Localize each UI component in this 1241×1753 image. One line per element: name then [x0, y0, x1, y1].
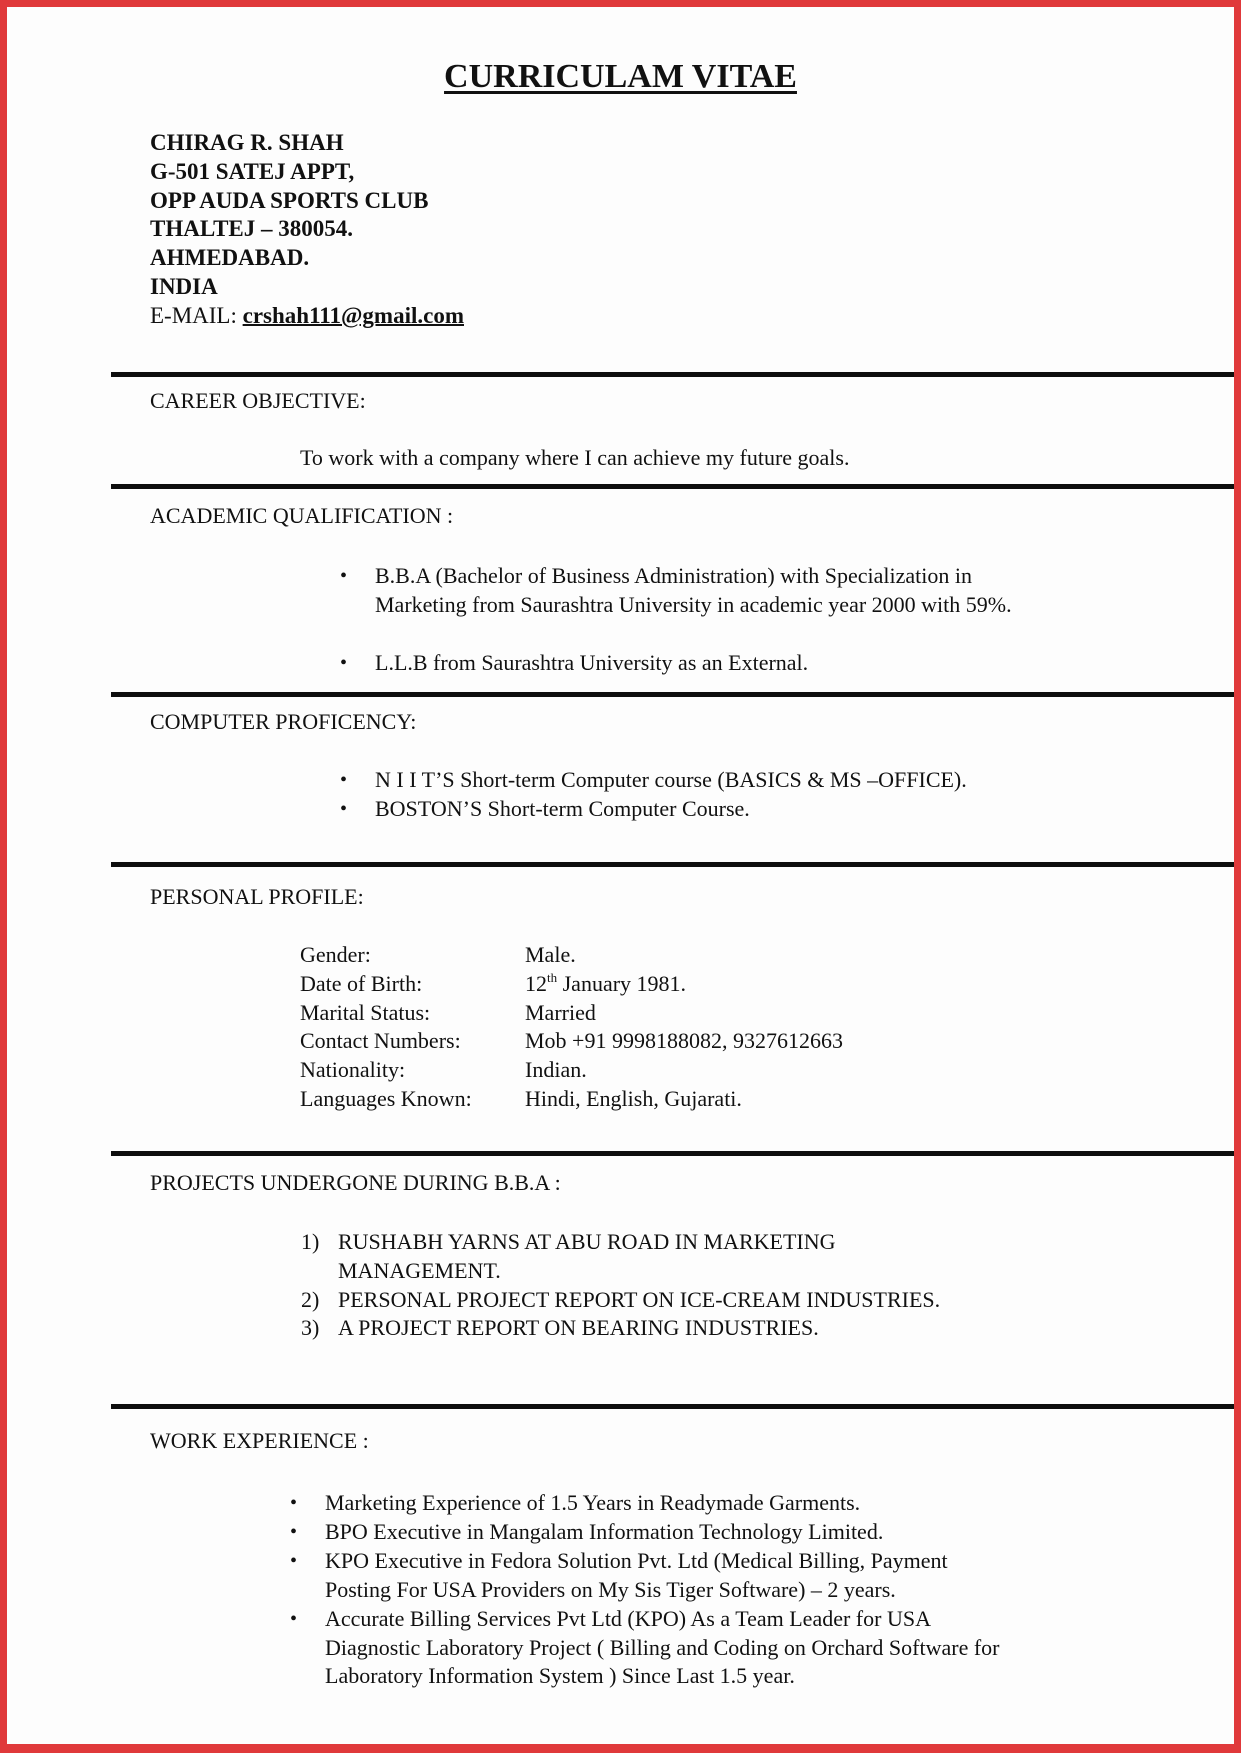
academic-heading: ACADEMIC QUALIFICATION :: [150, 503, 453, 529]
academic-list: •B.B.A (Bachelor of Business Administrat…: [375, 562, 1012, 678]
computer-list: •N I I T’S Short-term Computer course (B…: [375, 766, 967, 823]
bullet-icon: •: [290, 1518, 297, 1547]
profile-row-contact: Contact Numbers:Mob +91 9998188082, 9327…: [300, 1027, 843, 1056]
contact-block: CHIRAG R. SHAH G-501 SATEJ APPT, OPP AUD…: [150, 129, 464, 331]
list-item: •BOSTON’S Short-term Computer Course.: [375, 795, 967, 824]
section-divider: [111, 372, 1234, 377]
email-link[interactable]: crshah111@gmail.com: [243, 303, 464, 328]
address-line: THALTEJ – 380054.: [150, 215, 464, 244]
projects-list: 1)RUSHABH YARNS AT ABU ROAD IN MARKETING…: [338, 1228, 940, 1343]
list-item: •KPO Executive in Fedora Solution Pvt. L…: [325, 1547, 1000, 1576]
bullet-icon: •: [290, 1547, 297, 1576]
bullet-icon: •: [290, 1489, 297, 1518]
document-title: CURRICULAM VITAE: [0, 58, 1241, 96]
list-item: •N I I T’S Short-term Computer course (B…: [375, 766, 967, 795]
section-divider: [111, 484, 1234, 489]
profile-row-languages: Languages Known:Hindi, English, Gujarati…: [300, 1085, 843, 1114]
profile-row-dob: Date of Birth:12th January 1981.: [300, 970, 843, 999]
list-item: •Marketing Experience of 1.5 Years in Re…: [325, 1489, 1000, 1518]
address-line: OPP AUDA SPORTS CLUB: [150, 187, 464, 216]
career-objective-heading: CAREER OBJECTIVE:: [150, 388, 366, 414]
projects-heading: PROJECTS UNDERGONE DURING B.B.A :: [150, 1170, 561, 1196]
list-item-cont: Diagnostic Laboratory Project ( Billing …: [325, 1634, 1000, 1663]
bullet-icon: •: [340, 795, 347, 824]
personal-profile-table: Gender:Male. Date of Birth:12th January …: [300, 941, 843, 1114]
list-item: •BPO Executive in Mangalam Information T…: [325, 1518, 1000, 1547]
list-item: 3)A PROJECT REPORT ON BEARING INDUSTRIES…: [338, 1314, 940, 1343]
list-item: •L.L.B from Saurashtra University as an …: [375, 649, 1012, 678]
address-line: G-501 SATEJ APPT,: [150, 158, 464, 187]
list-item-cont: Laboratory Information System ) Since La…: [325, 1662, 1000, 1691]
section-divider: [111, 1151, 1234, 1156]
list-item: 2)PERSONAL PROJECT REPORT ON ICE-CREAM I…: [338, 1286, 940, 1315]
section-divider: [111, 1404, 1234, 1409]
profile-row-marital: Marital Status:Married: [300, 999, 843, 1028]
bullet-icon: •: [340, 766, 347, 795]
list-item: •B.B.A (Bachelor of Business Administrat…: [375, 562, 1012, 591]
bullet-icon: •: [290, 1605, 297, 1634]
email-row: E-MAIL: crshah111@gmail.com: [150, 302, 464, 331]
list-item: •Accurate Billing Services Pvt Ltd (KPO)…: [325, 1605, 1000, 1634]
bullet-icon: •: [340, 562, 347, 591]
list-item-cont: Marketing from Saurashtra University in …: [375, 591, 1012, 620]
personal-heading: PERSONAL PROFILE:: [150, 884, 364, 910]
email-label: E-MAIL:: [150, 303, 243, 328]
work-list: •Marketing Experience of 1.5 Years in Re…: [325, 1489, 1000, 1691]
career-objective-text: To work with a company where I can achie…: [300, 445, 849, 471]
computer-heading: COMPUTER PROFICENCY:: [150, 709, 416, 735]
address-line: INDIA: [150, 273, 464, 302]
list-item-cont: Posting For USA Providers on My Sis Tige…: [325, 1576, 1000, 1605]
profile-row-nationality: Nationality:Indian.: [300, 1056, 843, 1085]
bullet-icon: •: [340, 649, 347, 678]
list-item-cont: MANAGEMENT.: [338, 1257, 940, 1286]
address-line: AHMEDABAD.: [150, 244, 464, 273]
candidate-name: CHIRAG R. SHAH: [150, 129, 464, 158]
list-item: 1)RUSHABH YARNS AT ABU ROAD IN MARKETING: [338, 1228, 940, 1257]
profile-row-gender: Gender:Male.: [300, 941, 843, 970]
section-divider: [111, 862, 1234, 867]
work-heading: WORK EXPERIENCE :: [150, 1428, 369, 1454]
section-divider: [111, 692, 1234, 697]
